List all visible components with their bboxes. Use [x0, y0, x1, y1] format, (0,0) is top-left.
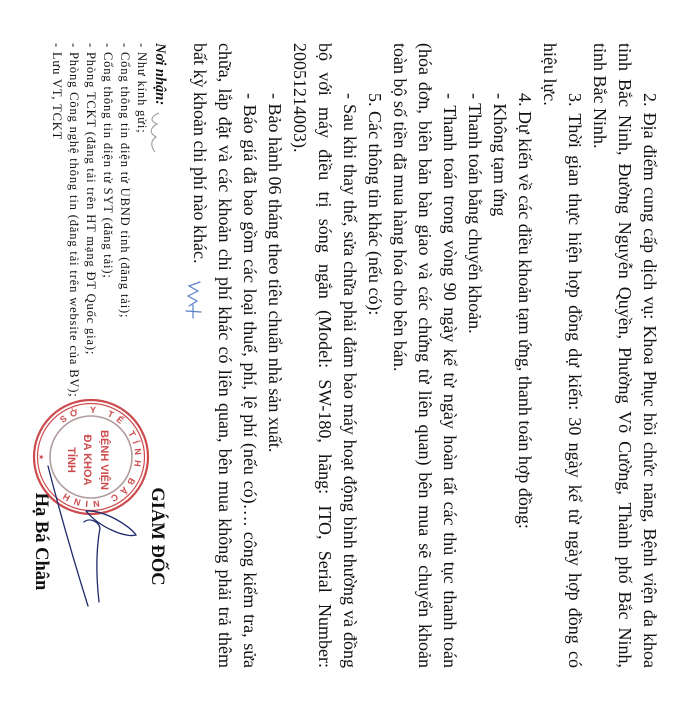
body-line: - Thanh toán trong vòng 90 ngày kể từ ng… — [437, 43, 462, 668]
body-line: tỉnh Bắc Ninh. — [587, 43, 612, 668]
section-heading: 4. Dự kiến về các điều khoản tạm ứng, th… — [512, 43, 537, 668]
body-line: - Báo giá đã bao gồm các loại thuế, phí,… — [237, 43, 262, 668]
body-line: bộ với máy điều trị sóng ngắn (Model: SW… — [312, 43, 337, 668]
body-line: - Thanh toán bằng chuyển khoản. — [462, 43, 487, 668]
signer-name: Hạ Bá Chân — [28, 435, 53, 648]
body-line: - Không tạm ứng — [487, 43, 512, 668]
recipients-heading: Nơi nhận: — [151, 43, 168, 105]
recipient-item: - Phòng Công nghệ thông tin (đăng tải tr… — [65, 43, 82, 398]
body-line: 20051214003). — [287, 43, 312, 668]
body-line: hiệu lực. — [537, 43, 562, 668]
body-line: bất kỳ khoản chi phí nào khác. — [187, 43, 212, 668]
body-line: toàn bộ số tiền đã mua hàng hóa cho bên … — [387, 43, 412, 668]
body-line: 2. Địa điểm cung cấp dịch vụ: Khoa Phục … — [637, 43, 662, 668]
body-line: - Bảo hành 06 tháng theo tiêu chuẩn nhà … — [262, 43, 287, 668]
recipient-item: - Cổng thông tin điện tử UBND tỉnh (đăng… — [116, 43, 133, 398]
document-page: 2. Địa điểm cung cấp dịch vụ: Khoa Phục … — [0, 0, 680, 707]
signer-title: GIÁM ĐỐC — [144, 430, 169, 643]
body-line: (hóa đơn, biên bản bàn giao và các chứng… — [412, 43, 437, 668]
recipient-item: - Cổng thông tin điện tử SYT (đăng tải); — [99, 43, 116, 398]
body-line: 3. Thời gian thực hiện hợp đồng dự kiến:… — [562, 43, 587, 668]
recipient-item: - Như kính gửi; — [133, 43, 150, 398]
document-body: 2. Địa điểm cung cấp dịch vụ: Khoa Phục … — [187, 43, 662, 668]
body-line: chữa, lắp đặt và các khoản chi phí khác … — [212, 43, 237, 668]
document-viewport: 2. Địa điểm cung cấp dịch vụ: Khoa Phục … — [0, 0, 680, 707]
recipient-item: - Lưu VT, TCKT — [48, 43, 65, 398]
section-heading: 5. Các thông tin khác (nếu có): — [362, 43, 387, 668]
recipients-list: - Như kính gửi; - Cổng thông tin điện tử… — [48, 43, 150, 398]
body-line: tỉnh Bắc Ninh, Đường Nguyễn Quyền, Phườn… — [612, 43, 637, 668]
recipient-item: - Phòng TCKT (đăng tải trên HT mạng ĐT Q… — [82, 43, 99, 398]
body-line: - Sau khi thay thế, sửa chữa phải đảm bả… — [337, 43, 362, 668]
